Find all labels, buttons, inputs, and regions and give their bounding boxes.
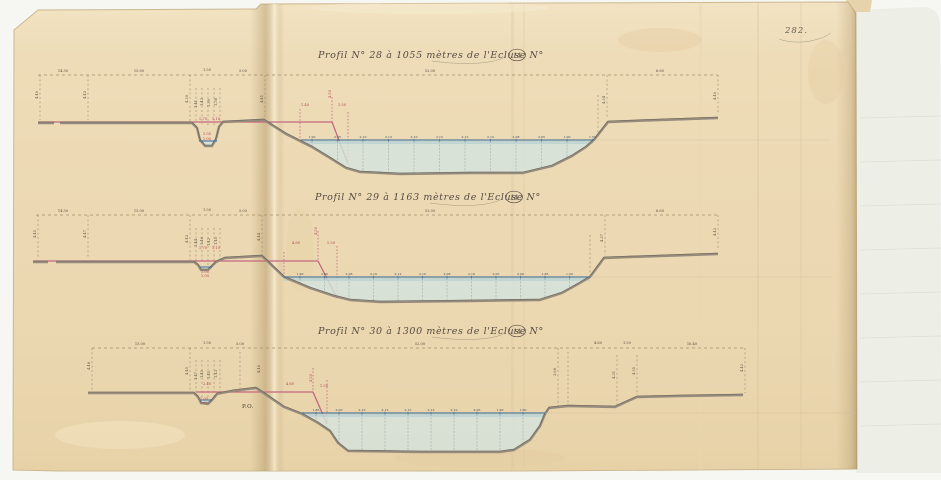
sounding-depth-label: 2.10 <box>370 272 377 276</box>
elevation-label: 4.43 <box>83 90 87 99</box>
red-dimension: 4.60 <box>286 382 295 386</box>
sounding-depth-label: 2.15 <box>382 408 389 412</box>
red-dimension: 4.60 <box>292 241 301 245</box>
elevation-label: 4.43 <box>713 227 717 236</box>
elevation-label: 4.40 <box>35 90 39 99</box>
distance-label: 52.00 <box>425 69 436 73</box>
elevation-label: 4.44 <box>257 232 261 241</box>
distance-label: 52.00 <box>415 342 426 346</box>
elevation-label: 4.31 <box>612 371 616 379</box>
crease <box>757 0 759 480</box>
elevation-label: 4.46 <box>257 364 261 373</box>
sounding-depth-label: 2.12 <box>395 272 402 276</box>
elevation-label: 4.43 <box>185 234 189 243</box>
sounding-depth-label: 2.12 <box>385 135 392 139</box>
ditch-label: 1.43 <box>200 97 204 106</box>
ditch-label: 1.49 <box>200 369 204 378</box>
ditch-label: 1.46 <box>200 236 204 245</box>
sounding-depth-label: 2.08 <box>346 272 353 276</box>
water-surface-band <box>301 141 593 144</box>
elevation-label: 4.39 <box>185 94 189 103</box>
red-dimension: 1.50 <box>327 241 336 245</box>
distance-label: 15.00 <box>134 69 145 73</box>
ditch-label: 1.38 <box>214 97 218 106</box>
stain <box>808 40 844 104</box>
scanned-drawing-page: 282. Profil N° 28 à 1055 mètres de l'Ecl… <box>0 0 941 480</box>
distance-label: 5.00 <box>239 69 248 73</box>
sounding-depth-label: 1.90 <box>564 135 571 139</box>
po-label: P.O. <box>242 404 254 410</box>
sounding-depth-label: 2.05 <box>538 135 545 139</box>
sounding-depth-label: 2.10 <box>419 272 426 276</box>
ditch-label: 1.39 <box>207 98 211 107</box>
elevation-label: 4.40 <box>713 91 717 100</box>
red-dimension: 1.05 <box>201 274 210 278</box>
ditch-label: 1.42 <box>207 238 211 246</box>
sounding-depth-label: 2.12 <box>462 135 469 139</box>
stain <box>310 2 550 14</box>
elevation-label: 4.47 <box>83 229 87 238</box>
sounding-depth-label: 2.05 <box>474 408 481 412</box>
red-dimension: 4.50 <box>328 89 332 98</box>
ditch-label: 1.44 <box>194 238 198 247</box>
red-dimension: 1.50 <box>320 384 329 388</box>
crease <box>511 0 514 480</box>
red-dimension: 1.50 <box>338 103 347 107</box>
distance-label: 1.50 <box>203 208 212 212</box>
profile-3-title-number: 14 <box>513 328 521 336</box>
water-surface-band <box>302 414 545 417</box>
sounding-depth-label: 1.60 <box>520 408 527 412</box>
sounding-depth-label: 2.10 <box>411 135 418 139</box>
elevation-label: 4.48 <box>87 361 91 370</box>
canal-cross-sections-drawing: 282. Profil N° 28 à 1055 mètres de l'Ecl… <box>0 0 941 480</box>
red-dimension: 1.40 <box>301 103 310 107</box>
sounding-depth-label: 2.15 <box>405 408 412 412</box>
red-dimension: 1.10 <box>212 246 221 250</box>
profile-2-title-number: 14 <box>510 194 518 202</box>
red-dimension: 1.70 <box>199 246 208 250</box>
sounding-depth-label: 1.85 <box>542 272 549 276</box>
elevation-label: 4.42 <box>740 364 744 372</box>
sounding-depth-label: 2.10 <box>451 408 458 412</box>
distance-label: 6.60 <box>656 209 665 213</box>
sounding-depth-label: 2.12 <box>428 408 435 412</box>
sounding-depth-label: 2.10 <box>360 135 367 139</box>
red-dimension: 2.40 <box>203 382 212 386</box>
crease <box>699 0 702 480</box>
elevation-label: 4.37 <box>600 233 604 242</box>
sounding-depth-label: 2.00 <box>517 272 524 276</box>
elevation-label: 4.35 <box>632 366 636 375</box>
distance-label: 52.00 <box>425 209 436 213</box>
sounding-depth-label: 1.85 <box>313 408 320 412</box>
red-dimension: 1.05 <box>203 132 212 136</box>
red-dimension: 1.05 <box>203 137 212 141</box>
distance-label: 15.00 <box>135 342 146 346</box>
fold-crease <box>250 0 284 480</box>
distance-label: 14.50 <box>58 209 69 213</box>
elevation-label: 4.45 <box>185 366 189 375</box>
underlying-page <box>856 7 941 473</box>
sounding-depth-label: 1.50 <box>566 272 573 276</box>
distance-label: 5.00 <box>236 342 245 346</box>
profile-1-title-number: 14 <box>513 52 521 60</box>
distance-label: 5.00 <box>239 209 248 213</box>
distance-label: 4.60 <box>594 341 603 345</box>
distance-label: 14.50 <box>58 69 69 73</box>
ditch-label: 1.45 <box>207 370 211 379</box>
red-dimension: 4.50 <box>309 373 313 382</box>
stain <box>55 421 185 449</box>
sounding-depth-label: 2.10 <box>468 272 475 276</box>
elevation-label: 4.41 <box>260 95 264 103</box>
crease <box>800 0 802 480</box>
sounding-depth-label: 2.15 <box>436 135 443 139</box>
distance-label: 1.50 <box>203 341 212 345</box>
ditch-label: 1.43 <box>214 369 218 378</box>
red-dimension: 4.50 <box>314 226 318 235</box>
elevation-label: 4.45 <box>33 229 37 238</box>
red-dimension: 1.10 <box>212 117 221 121</box>
distance-label: 15.00 <box>134 209 145 213</box>
sounding-depth-label: 1.95 <box>309 135 316 139</box>
sounding-depth-label: 2.10 <box>359 408 366 412</box>
distance-label: 6.60 <box>656 69 665 73</box>
ditch-label: 1.47 <box>194 371 198 380</box>
sounding-depth-label: 2.10 <box>487 135 494 139</box>
ditch-label: 1.41 <box>194 100 198 108</box>
sounding-depth-label: 2.08 <box>513 135 520 139</box>
sounding-depth-label: 2.00 <box>321 272 328 276</box>
sounding-depth-label: 2.08 <box>444 272 451 276</box>
distance-label: 1.50 <box>203 68 212 72</box>
elevation-label: 3.66 <box>553 367 557 376</box>
sounding-depth-label: 2.05 <box>334 135 341 139</box>
page-number: 282. <box>784 26 808 36</box>
red-dimension: 1.70 <box>199 117 208 121</box>
water-surface-band <box>284 278 590 281</box>
sounding-depth-label: 2.00 <box>336 408 343 412</box>
sounding-depth-label: 1.90 <box>497 408 504 412</box>
sounding-depth-label: 2.05 <box>493 272 500 276</box>
distance-label: 1.50 <box>623 341 632 345</box>
sounding-depth-label: 1.90 <box>297 272 304 276</box>
distance-label: 16.40 <box>687 342 698 346</box>
stain <box>618 28 702 52</box>
ditch-label: 1.40 <box>214 236 218 245</box>
red-dimension: 1.05 <box>200 401 209 405</box>
elevation-label: 4.34 <box>602 95 606 104</box>
